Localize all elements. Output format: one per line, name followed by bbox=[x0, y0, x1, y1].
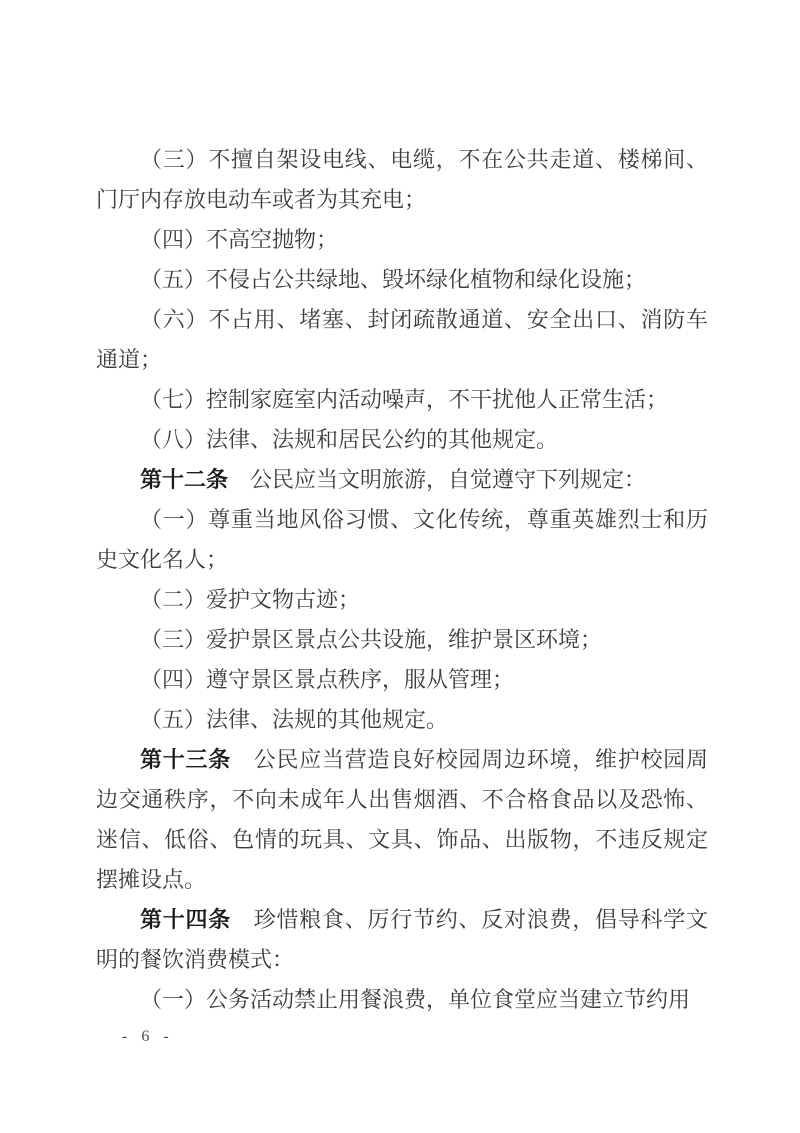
clause-paragraph: （二）爱护文物古迹； bbox=[96, 580, 708, 620]
clause-paragraph: （五）法律、法规的其他规定。 bbox=[96, 700, 708, 740]
clause-paragraph: （六）不占用、堵塞、封闭疏散通道、安全出口、消防车通道； bbox=[96, 300, 708, 380]
article-paragraph: 第十四条 珍惜粮食、厉行节约、反对浪费，倡导科学文明的餐饮消费模式： bbox=[96, 900, 708, 980]
clause-paragraph: （三）爱护景区景点公共设施，维护景区环境； bbox=[96, 620, 708, 660]
clause-paragraph: （七）控制家庭室内活动噪声，不干扰他人正常生活； bbox=[96, 380, 708, 420]
clause-paragraph: （一）尊重当地风俗习惯、文化传统，尊重英雄烈士和历史文化名人； bbox=[96, 500, 708, 580]
clause-paragraph: （四）遵守景区景点秩序，服从管理； bbox=[96, 660, 708, 700]
article-number-label: 第十三条 bbox=[140, 747, 231, 772]
article-number-label: 第十四条 bbox=[140, 907, 231, 932]
article-number-label: 第十二条 bbox=[140, 467, 228, 492]
clause-paragraph: （八）法律、法规和居民公约的其他规定。 bbox=[96, 420, 708, 460]
clause-paragraph: （四）不高空抛物； bbox=[96, 220, 708, 260]
clause-paragraph: （三）不擅自架设电线、电缆，不在公共走道、楼梯间、门厅内存放电动车或者为其充电； bbox=[96, 140, 708, 220]
clause-paragraph: （五）不侵占公共绿地、毁坏绿化植物和绿化设施； bbox=[96, 260, 708, 300]
clause-paragraph: （一）公务活动禁止用餐浪费，单位食堂应当建立节约用 bbox=[96, 980, 708, 1020]
document-body: （三）不擅自架设电线、电缆，不在公共走道、楼梯间、门厅内存放电动车或者为其充电；… bbox=[96, 140, 708, 1020]
article-paragraph: 第十三条 公民应当营造良好校园周边环境，维护校园周边交通秩序，不向未成年人出售烟… bbox=[96, 740, 708, 900]
document-page: （三）不擅自架设电线、电缆，不在公共走道、楼梯间、门厅内存放电动车或者为其充电；… bbox=[0, 0, 800, 1133]
article-paragraph: 第十二条 公民应当文明旅游，自觉遵守下列规定： bbox=[96, 460, 708, 500]
page-number: - 6 - bbox=[122, 1026, 174, 1048]
